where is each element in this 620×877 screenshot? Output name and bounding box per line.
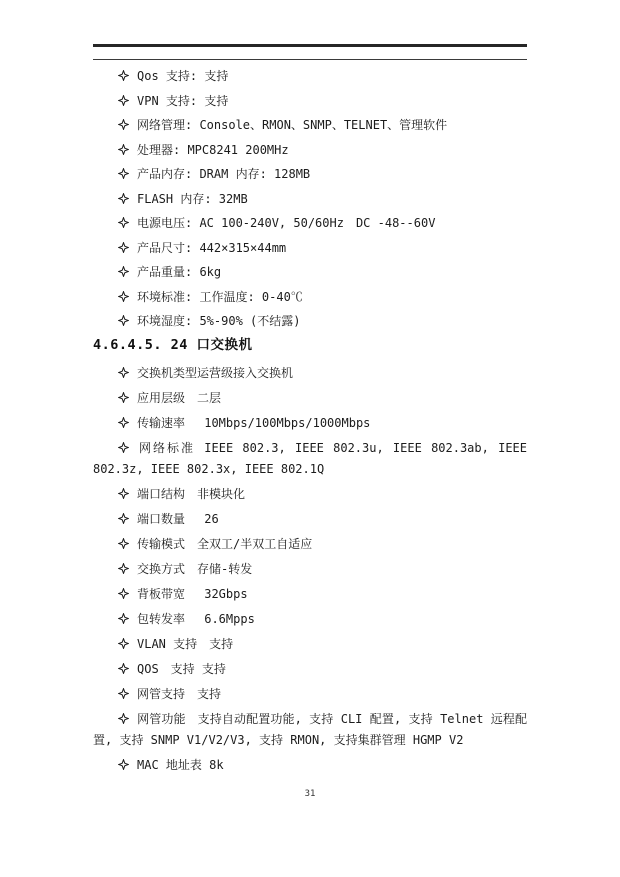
diamond-bullet-icon — [118, 119, 129, 130]
spec-item-text: 产品尺寸: 442×315×44mm — [137, 241, 286, 255]
spec-item: 端口数量 26 — [93, 509, 527, 530]
spec-item-text: 网管功能 支持自动配置功能, 支持 CLI 配置, 支持 Telnet 远程配置… — [93, 712, 527, 747]
spec-item: 传输模式 全双工/半双工自适应 — [93, 534, 527, 555]
spec-item-text: 网管支持 支持 — [137, 687, 221, 701]
spec-list-24-port-switch: 交换机类型运营级接入交换机 应用层级 二层 传输速率 10Mbps/100Mbp… — [93, 363, 527, 776]
spec-item: 传输速率 10Mbps/100Mbps/1000Mbps — [93, 413, 527, 434]
diamond-bullet-icon — [118, 442, 129, 453]
spec-item-text: 产品内存: DRAM 内存: 128MB — [137, 167, 310, 181]
diamond-bullet-icon — [118, 168, 129, 179]
spec-item-text: 交换机类型运营级接入交换机 — [137, 366, 293, 380]
spec-item: 交换方式 存储-转发 — [93, 559, 527, 580]
spec-item: 产品内存: DRAM 内存: 128MB — [93, 164, 527, 185]
spec-item-text: Qos 支持: 支持 — [137, 69, 228, 83]
page-number: 31 — [0, 789, 620, 800]
spec-item-text: 应用层级 二层 — [137, 391, 221, 405]
spec-item-text: 环境标准: 工作温度: 0-40℃ — [137, 290, 303, 304]
diamond-bullet-icon — [118, 392, 129, 403]
diamond-bullet-icon — [118, 513, 129, 524]
spec-item-text: MAC 地址表 8k — [137, 758, 224, 772]
diamond-bullet-icon — [118, 217, 129, 228]
header-rule-thin — [93, 59, 527, 60]
spec-item: 电源电压: AC 100-240V, 50/60Hz DC -48--60V — [93, 213, 527, 234]
spec-item: Qos 支持: 支持 — [93, 66, 527, 87]
spec-item-text: 环境湿度: 5%-90% (不结露) — [137, 314, 300, 328]
spec-item-text: 处理器: MPC8241 200MHz — [137, 143, 289, 157]
spec-item-text: 网络管理: Console、RMON、SNMP、TELNET、管理软件 — [137, 118, 447, 132]
spec-item-text: VLAN 支持 支持 — [137, 637, 233, 651]
spec-item: 包转发率 6.6Mpps — [93, 609, 527, 630]
diamond-bullet-icon — [118, 759, 129, 770]
spec-item: 处理器: MPC8241 200MHz — [93, 140, 527, 161]
spec-item-text: VPN 支持: 支持 — [137, 94, 228, 108]
spec-item: 产品尺寸: 442×315×44mm — [93, 238, 527, 259]
spec-item-text: 网络标准 IEEE 802.3, IEEE 802.3u, IEEE 802.3… — [93, 441, 527, 476]
spec-item: 网络管理: Console、RMON、SNMP、TELNET、管理软件 — [93, 115, 527, 136]
diamond-bullet-icon — [118, 613, 129, 624]
spec-item: QOS 支持 支持 — [93, 659, 527, 680]
spec-item: 应用层级 二层 — [93, 388, 527, 409]
spec-item: VLAN 支持 支持 — [93, 634, 527, 655]
spec-item: 网管支持 支持 — [93, 684, 527, 705]
spec-item: MAC 地址表 8k — [93, 755, 527, 776]
spec-item-text: 传输速率 10Mbps/100Mbps/1000Mbps — [137, 416, 370, 430]
section-heading: 4.6.4.5. 24 口交换机 — [93, 336, 527, 354]
diamond-bullet-icon — [118, 488, 129, 499]
diamond-bullet-icon — [118, 70, 129, 81]
diamond-bullet-icon — [118, 563, 129, 574]
spec-item: 背板带宽 32Gbps — [93, 584, 527, 605]
diamond-bullet-icon — [118, 291, 129, 302]
diamond-bullet-icon — [118, 663, 129, 674]
diamond-bullet-icon — [118, 538, 129, 549]
diamond-bullet-icon — [118, 638, 129, 649]
diamond-bullet-icon — [118, 266, 129, 277]
spec-item: 环境标准: 工作温度: 0-40℃ — [93, 287, 527, 308]
header-rule-thick — [93, 44, 527, 47]
diamond-bullet-icon — [118, 417, 129, 428]
spec-item-text: 电源电压: AC 100-240V, 50/60Hz DC -48--60V — [137, 216, 435, 230]
spec-item-text: 产品重量: 6kg — [137, 265, 221, 279]
diamond-bullet-icon — [118, 144, 129, 155]
spec-item: 网管功能 支持自动配置功能, 支持 CLI 配置, 支持 Telnet 远程配置… — [93, 709, 527, 751]
spec-item-text: 交换方式 存储-转发 — [137, 562, 252, 576]
spec-item: 产品重量: 6kg — [93, 262, 527, 283]
diamond-bullet-icon — [118, 193, 129, 204]
spec-item-text: QOS 支持 支持 — [137, 662, 226, 676]
diamond-bullet-icon — [118, 688, 129, 699]
diamond-bullet-icon — [118, 242, 129, 253]
diamond-bullet-icon — [118, 315, 129, 326]
diamond-bullet-icon — [118, 588, 129, 599]
spec-item-text: 端口结构 非模块化 — [137, 487, 245, 501]
page-content: Qos 支持: 支持 VPN 支持: 支持 网络管理: Console、RMON… — [93, 66, 527, 780]
spec-item-text: FLASH 内存: 32MB — [137, 192, 248, 206]
spec-item: 网络标准 IEEE 802.3, IEEE 802.3u, IEEE 802.3… — [93, 438, 527, 480]
spec-item: 端口结构 非模块化 — [93, 484, 527, 505]
spec-item-text: 传输模式 全双工/半双工自适应 — [137, 537, 312, 551]
spec-item-text: 包转发率 6.6Mpps — [137, 612, 255, 626]
spec-item: FLASH 内存: 32MB — [93, 189, 527, 210]
diamond-bullet-icon — [118, 95, 129, 106]
spec-item-text: 端口数量 26 — [137, 512, 219, 526]
spec-item: 环境湿度: 5%-90% (不结露) — [93, 311, 527, 332]
spec-item: 交换机类型运营级接入交换机 — [93, 363, 527, 384]
document-page: Qos 支持: 支持 VPN 支持: 支持 网络管理: Console、RMON… — [0, 0, 620, 877]
spec-list-previous-switch: Qos 支持: 支持 VPN 支持: 支持 网络管理: Console、RMON… — [93, 66, 527, 332]
spec-item: VPN 支持: 支持 — [93, 91, 527, 112]
spec-item-text: 背板带宽 32Gbps — [137, 587, 248, 601]
diamond-bullet-icon — [118, 367, 129, 378]
diamond-bullet-icon — [118, 713, 129, 724]
